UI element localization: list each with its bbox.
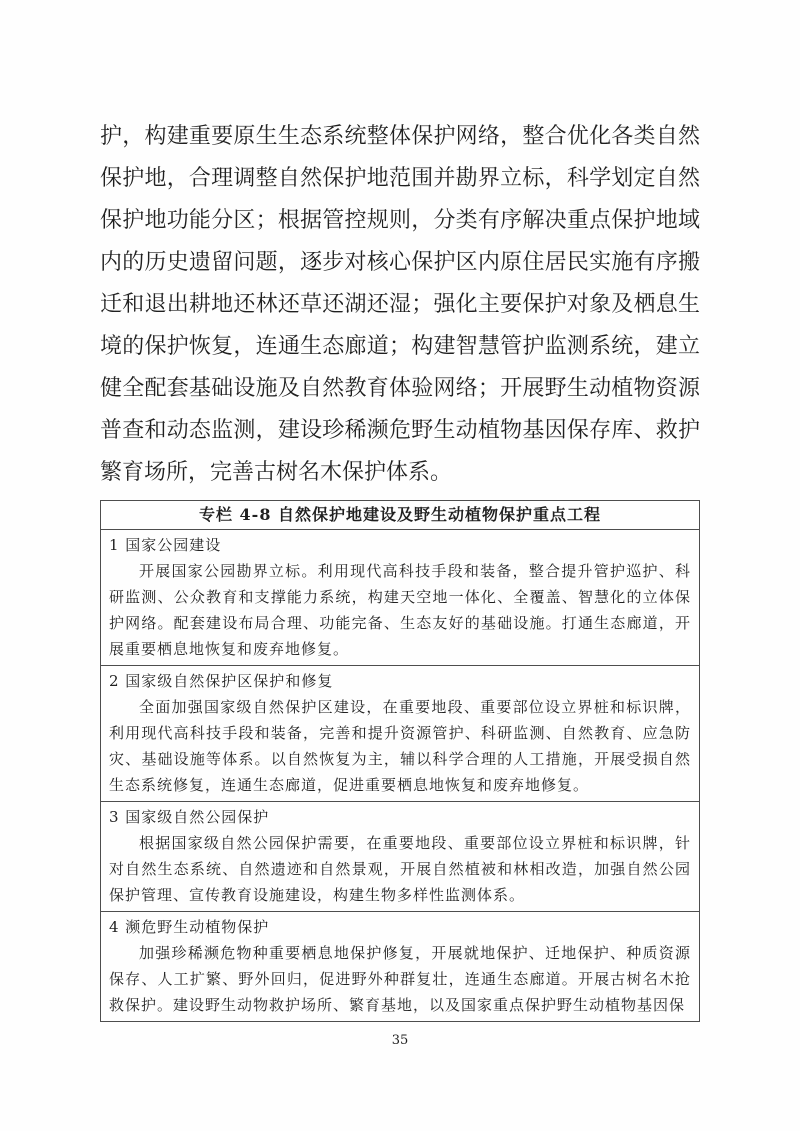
- body-text-line: 健全配套基础设施及自然教育体验网络；开展野生动植物资源: [100, 368, 700, 410]
- section-heading: 3 国家级自然公园保护: [109, 804, 691, 830]
- box-section-3: 3 国家级自然公园保护 根据国家级自然公园保护需要，在重要地段、重要部位设立界桩…: [101, 802, 699, 912]
- body-text-line: 保护地功能分区；根据管控规则，分类有序解决重点保护地域: [100, 200, 700, 242]
- body-text-line: 普查和动态监测，建设珍稀濒危野生动植物基因保存库、救护: [100, 410, 700, 452]
- page-number: 35: [0, 1032, 800, 1050]
- body-text-line: 护，构建重要原生生态系统整体保护网络，整合优化各类自然: [100, 116, 700, 158]
- body-text-line: 境的保护恢复，连通生态廊道；构建智慧管护监测系统，建立: [100, 326, 700, 368]
- section-heading: 1 国家公园建设: [109, 532, 691, 558]
- section-heading: 2 国家级自然保护区保护和修复: [109, 668, 691, 694]
- box-section-2: 2 国家级自然保护区保护和修复 全面加强国家级自然保护区建设，在重要地段、重要部…: [101, 666, 699, 802]
- section-body: 根据国家级自然公园保护需要，在重要地段、重要部位设立界桩和标识牌，针对自然生态系…: [109, 830, 691, 908]
- box-title: 专栏 4-8 自然保护地建设及野生动植物保护重点工程: [101, 501, 699, 530]
- body-text-line: 保护地，合理调整自然保护地范围并勘界立标，科学划定自然: [100, 158, 700, 200]
- section-body: 加强珍稀濒危物种重要栖息地保护修复，开展就地保护、迁地保护、种质资源保存、人工扩…: [109, 940, 691, 1018]
- body-text: 护，构建重要原生生态系统整体保护网络，整合优化各类自然 保护地，合理调整自然保护…: [100, 116, 700, 494]
- body-text-line: 迁和退出耕地还林还草还湖还湿；强化主要保护对象及栖息生: [100, 284, 700, 326]
- feature-box: 专栏 4-8 自然保护地建设及野生动植物保护重点工程 1 国家公园建设 开展国家…: [100, 500, 700, 1022]
- body-text-line: 繁育场所，完善古树名木保护体系。: [100, 452, 700, 494]
- box-section-4: 4 濒危野生动植物保护 加强珍稀濒危物种重要栖息地保护修复，开展就地保护、迁地保…: [101, 912, 699, 1021]
- body-text-line: 内的历史遗留问题，逐步对核心保护区内原住居民实施有序搬: [100, 242, 700, 284]
- section-body: 全面加强国家级自然保护区建设，在重要地段、重要部位设立界桩和标识牌，利用现代高科…: [109, 694, 691, 798]
- document-page: 护，构建重要原生生态系统整体保护网络，整合优化各类自然 保护地，合理调整自然保护…: [0, 0, 800, 1131]
- box-section-1: 1 国家公园建设 开展国家公园勘界立标。利用现代高科技手段和装备，整合提升管护巡…: [101, 530, 699, 666]
- section-body: 开展国家公园勘界立标。利用现代高科技手段和装备，整合提升管护巡护、科研监测、公众…: [109, 558, 691, 662]
- section-heading: 4 濒危野生动植物保护: [109, 914, 691, 940]
